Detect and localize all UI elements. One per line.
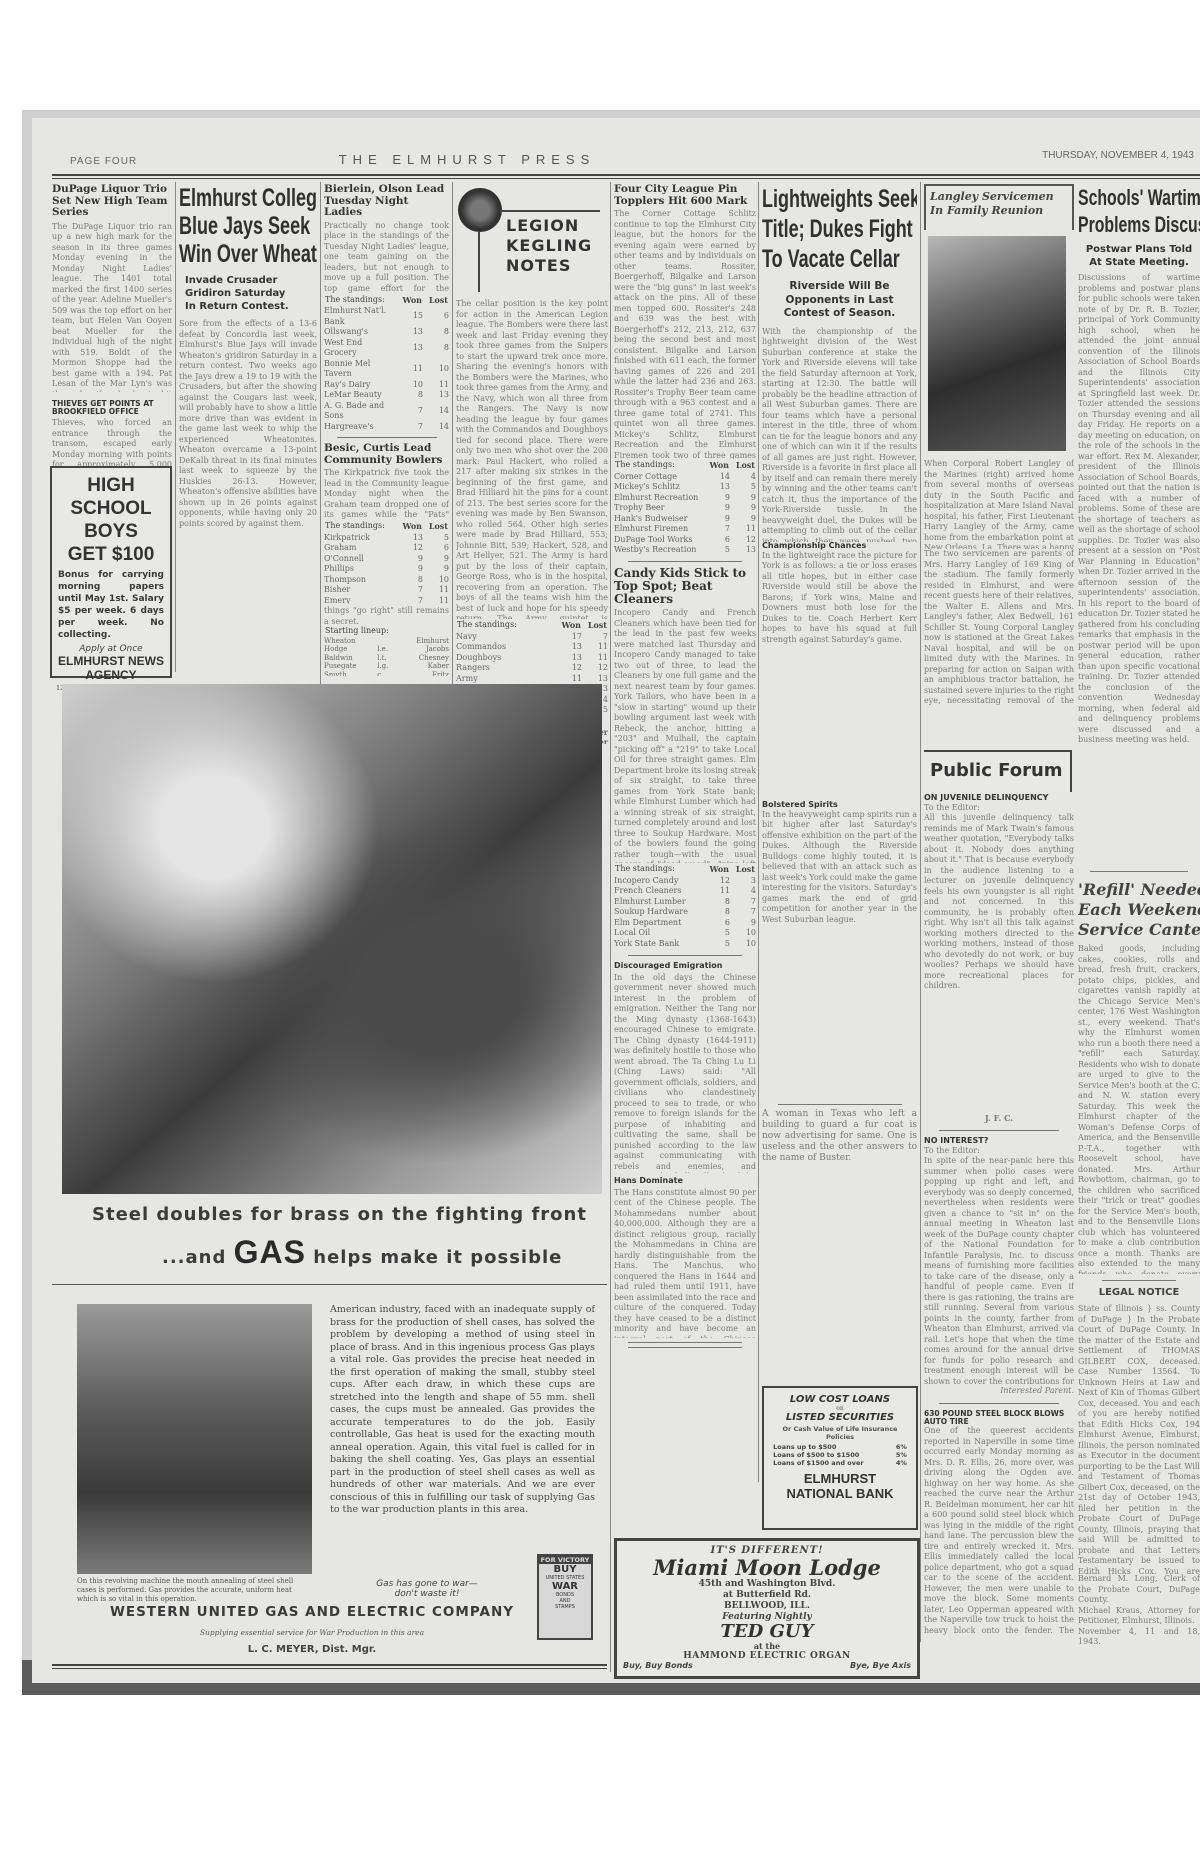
ad-body: American industry, faced with an inadequ…: [330, 1304, 595, 1564]
newspaper-page: PAGE FOUR THE ELMHURST PRESS THURSDAY, N…: [32, 118, 1200, 1683]
headline: Candy Kids Stick to Top Spot; Beat Clean…: [614, 567, 756, 607]
standings-row: Army1113: [456, 674, 608, 685]
standings-row: Navy177: [456, 632, 608, 643]
article-body: In the old days the Chinese government n…: [614, 973, 756, 1173]
standings-row: Corner Cottage144: [614, 472, 756, 483]
langley-photo: [928, 236, 1066, 451]
article-body: The cellar position is the key point for…: [456, 299, 608, 619]
lineup-row: Baldwinl.t.Chesney: [324, 654, 449, 663]
article-elmhurst-college: Elmhurst College Blue Jays Seek Win Over…: [179, 184, 317, 674]
standings-row: York State Bank510: [614, 939, 756, 950]
standings-table: The standings:WonLostCorner Cottage144Mi…: [614, 459, 756, 556]
subhead: Championship Chances: [762, 542, 917, 551]
standings-row: Ray's Dairy1011: [324, 380, 449, 391]
standings-row: West End Grocery138: [324, 338, 449, 359]
article-body: things "go right" still remains a secret…: [324, 606, 449, 626]
lineup-row: Pusegatel.g.Kaber: [324, 662, 449, 671]
letter-salutation: To the Editor:: [924, 1146, 1074, 1157]
letter-headline: ON JUVENILE DELINQUENCY: [924, 794, 1074, 803]
ad-headline: HIGH SCHOOL: [52, 474, 170, 520]
bank-name: NATIONAL BANK: [764, 1486, 916, 1501]
standings-row: Commandos1311: [456, 642, 608, 653]
ad-headline: Steel doubles for brass on the fighting …: [92, 1204, 587, 1225]
article-body: Baked goods, including cakes, cookies, r…: [1078, 944, 1200, 1274]
standings-row: Thompson810: [324, 575, 449, 586]
issue-date: THURSDAY, NOVEMBER 4, 1943: [1042, 150, 1194, 161]
headline: Four City League Pin Topplers Hit 600 Ma…: [614, 184, 756, 207]
article-legion-kegling: LEGION KEGLING NOTES The cellar position…: [456, 184, 608, 744]
headline: THIEVES GET POINTS AT BROOKFIELD OFFICE: [52, 400, 172, 417]
venue-name: Miami Moon Lodge: [617, 1556, 917, 1579]
standings-row: Bisher711: [324, 585, 449, 596]
headline: Lightweights Seek Title; Dukes Fight To …: [762, 184, 917, 274]
headline: 630 POUND STEEL BLOCK BLOWS AUTO TIRE: [924, 1410, 1074, 1427]
standings-row: Phillips99: [324, 564, 449, 575]
article-body: The Hans constitute almost 90 per cent o…: [614, 1188, 756, 1338]
bank-name: ELMHURST: [764, 1471, 916, 1486]
letter-body: All this juvenile delinquency talk remin…: [924, 813, 1074, 1113]
standings-row: Kirkpatrick135: [324, 533, 449, 544]
standings-row: Elm Department69: [614, 918, 756, 929]
photo-caption: When Corporal Robert Langley of the Mari…: [924, 459, 1074, 549]
standings-row: Westby's Recreation513: [614, 545, 756, 556]
ad-headline: ...and GAS helps make it possible: [162, 1234, 562, 1271]
standings-row: Hargreave's714: [324, 422, 449, 433]
article-lightweights: Lightweights Seek Title; Dukes Fight To …: [762, 184, 917, 1354]
article-body: The Kirkpatrick five took the lead in th…: [324, 468, 449, 520]
letter-signature: J. F. C.: [924, 1113, 1074, 1124]
ad-body: Bonus for carrying morning papers until …: [52, 566, 170, 644]
standings-row: Elmhurst Lumber87: [614, 897, 756, 908]
headline: Besic, Curtis Lead Community Bowlers: [324, 443, 449, 466]
subhead: Bolstered Spirits: [762, 801, 917, 810]
loan-rate-row: Loans of $500 to $15005%: [773, 1451, 907, 1459]
deck: Invade Crusader Gridiron Saturday In Ret…: [179, 274, 317, 313]
ad-apply: Apply at Once: [52, 644, 170, 654]
article-body: The Corner Cottage Schlitz continue to t…: [614, 209, 756, 459]
column-divider: [758, 182, 759, 1482]
standings-row: Local Oil510: [614, 928, 756, 939]
standings-row: A. G. Bade and Sons714: [324, 401, 449, 422]
ad-high-school-boys: HIGH SCHOOL BOYS GET $100 Bonus for carr…: [50, 466, 172, 678]
headline: Elmhurst College Blue Jays Seek Win Over…: [179, 184, 316, 268]
column-divider: [610, 182, 611, 1672]
ad-elmhurst-national-bank: LOW COST LOANS on LISTED SECURITIES Or C…: [762, 1386, 918, 1530]
standings-row: Soukup Hardware87: [614, 907, 756, 918]
legal-notice-title: LEGAL NOTICE: [1078, 1287, 1200, 1298]
ad-photo-machine: [77, 1304, 312, 1574]
standings-table: The standings:WonLostElmhurst Nat'l. Ban…: [324, 294, 449, 433]
letter-signature: Interested Parent.: [924, 1386, 1074, 1397]
article-body: The two servicemen are parents of Mrs. H…: [924, 549, 1074, 709]
standings-row: Elmhurst Nat'l. Bank156: [324, 306, 449, 327]
standings-row: Elmhurst Firemen711: [614, 524, 756, 535]
photo-headline-box: Langley Servicemen In Family Reunion: [924, 184, 1074, 230]
performer-name: TED GUY: [617, 1622, 917, 1641]
loan-rate-row: Loans of $1500 and over4%: [773, 1459, 907, 1467]
article-body: The DuPage Liquor trio ran up a new high…: [52, 222, 172, 392]
article-four-city: Four City League Pin Topplers Hit 600 Ma…: [614, 184, 756, 1374]
headline: Schools' Wartime Problems Discussed: [1078, 184, 1200, 238]
headline: Hans Dominate: [614, 1177, 756, 1186]
article-body: Sore from the effects of a 13-6 defeat b…: [179, 319, 317, 559]
column-divider: [920, 182, 921, 1642]
standings-row: Ollswang's138: [324, 327, 449, 338]
loan-rates-table: Loans up to $5006%Loans of $500 to $1500…: [773, 1443, 907, 1467]
ad-western-united-gas: Steel doubles for brass on the fighting …: [52, 684, 607, 1679]
headline: DuPage Liquor Trio Set New High Team Ser…: [52, 184, 172, 219]
lineup-row: Smythc.Fritz: [324, 671, 449, 677]
ad-tagline: Supplying essential service for War Prod…: [92, 1628, 532, 1637]
ad-slogan: Gas has gone to war— don't waste it!: [352, 1579, 502, 1599]
standings-row: Mickey's Schlitz135: [614, 482, 756, 493]
ad-miami-moon-lodge: IT'S DIFFERENT! Miami Moon Lodge 45th an…: [614, 1538, 920, 1679]
legal-notice-body: State of Illinois } ss. County of DuPage…: [1078, 1304, 1200, 1574]
standings-row: Bonnie Mel Tavern1110: [324, 359, 449, 380]
masthead-rule: [52, 174, 1200, 179]
starting-lineup: things "go right" still remains a secret…: [324, 606, 449, 676]
war-bonds-badge: FOR VICTORY BUY UNITED STATES WAR BONDS …: [537, 1554, 593, 1640]
article-schools-wartime: Schools' Wartime Problems Discussed Post…: [1078, 184, 1200, 1674]
article-body: With the championship of the lightweight…: [762, 327, 917, 542]
ad-headline: BOYS: [52, 520, 170, 543]
article-body: In the heavyweight camp spirits run a bi…: [762, 810, 917, 1100]
page-label: PAGE FOUR: [70, 156, 137, 167]
article-body: One of the queerest accidents reported i…: [924, 1426, 1074, 1636]
standings-row: Rangers1212: [456, 663, 608, 674]
letter-body: In spite of the near-panic here this sum…: [924, 1156, 1074, 1386]
standings-table: The standings:WonLostKirkpatrick135Graha…: [324, 520, 449, 604]
standings-row: Doughboys1311: [456, 653, 608, 664]
standings-table: The standings:WonLostIncopero Candy123Fr…: [614, 863, 756, 949]
public-forum-header: Public Forum: [924, 750, 1072, 792]
ad-headline: GET $100: [52, 543, 170, 566]
deck: Postwar Plans Told At State Meeting.: [1078, 243, 1200, 269]
deck: Riverside Will Be Opponents in Last Cont…: [762, 280, 917, 321]
lineup-row: Hodgel.e.Jacobs: [324, 645, 449, 654]
ad-company-name: WESTERN UNITED GAS AND ELECTRIC COMPANY: [92, 1604, 532, 1620]
standings-row: DuPage Tool Works612: [614, 535, 756, 546]
standings-row: Incopero Candy123: [614, 876, 756, 887]
article-body: Incopero Candy and French Cleaners which…: [614, 608, 756, 863]
public-forum: ON JUVENILE DELINQUENCY To the Editor: A…: [924, 794, 1074, 1644]
masthead: PAGE FOUR THE ELMHURST PRESS THURSDAY, N…: [32, 146, 1200, 172]
standings-row: Trophy Beer99: [614, 503, 756, 514]
article-bierlein: Bierlein, Olson Lead Tuesday Night Ladie…: [324, 184, 449, 604]
standings-row: Elmhurst Recreation99: [614, 493, 756, 504]
headline: Bierlein, Olson Lead Tuesday Night Ladie…: [324, 184, 449, 219]
column-divider: [175, 182, 176, 672]
standings-row: Hank's Budweiser99: [614, 514, 756, 525]
legal-notice-dates: November 4, 11 and 18, 1943.: [1078, 1627, 1200, 1648]
standings-row: O'Connell99: [324, 554, 449, 565]
lineup-table: Starting lineup:WheatonElmhurstHodgel.e.…: [324, 626, 449, 676]
legal-notice-signature: Bernard M. Long, Clerk of the Probate Co…: [1078, 1574, 1200, 1606]
legion-emblem-icon: [458, 188, 502, 232]
legal-notice-attorney: Michael Kraus, Attorney for Petitioner, …: [1078, 1606, 1200, 1627]
ad-manager: L. C. MEYER, Dist. Mgr.: [92, 1644, 532, 1655]
article-body: Practically no change took place in the …: [324, 221, 449, 294]
ad-agency: ELMHURST NEWS AGENCY: [52, 654, 170, 682]
standings-row: LeMar Beauty813: [324, 390, 449, 401]
article-body: Discussions of wartime problems and post…: [1078, 273, 1200, 863]
headline: LEGION KEGLING NOTES: [506, 216, 592, 276]
letter-salutation: To the Editor:: [924, 803, 1074, 814]
standings-row: French Cleaners114: [614, 886, 756, 897]
ad-illustration-soldiers: [62, 684, 602, 1194]
letter-headline: NO INTEREST?: [924, 1137, 1074, 1146]
headline: 'Refill' Needed Each Weekend at Service …: [1078, 880, 1200, 940]
filler-item: A woman in Texas who left a building to …: [762, 1109, 917, 1164]
headline: Discouraged Emigration: [614, 962, 756, 971]
standings-row: Emery711: [324, 596, 449, 604]
paper-title: THE ELMHURST PRESS: [217, 152, 717, 167]
ad-image-caption: On this revolving machine the mouth anne…: [77, 1577, 312, 1604]
article-body: In the lightweight race the picture for …: [762, 551, 917, 801]
standings-row: Graham126: [324, 543, 449, 554]
loan-rate-row: Loans up to $5006%: [773, 1443, 907, 1451]
